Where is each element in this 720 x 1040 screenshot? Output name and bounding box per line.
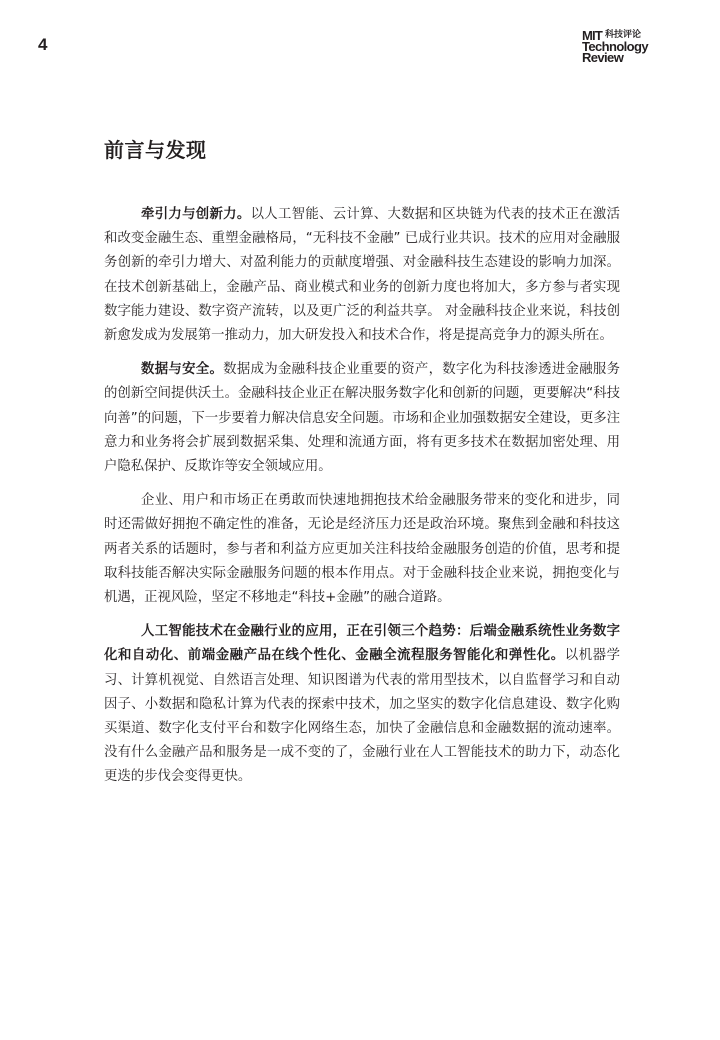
paragraph-body: 以人工智能、云计算、大数据和区块链为代表的技术正在激活和改变金融生态、重塑金融格… <box>104 207 620 343</box>
mit-technology-review-logo: MIT 科技评论 Technology Review <box>582 30 648 63</box>
paragraph-traction-innovation: 牵引力与创新力。以人工智能、云计算、大数据和区块链为代表的技术正在激活和改变金融… <box>104 203 620 348</box>
paragraph-lead: 数据与安全。 <box>141 362 223 377</box>
paragraph-embrace-change: 企业、用户和市场正在勇敢而快速地拥抱技术给金融服务带来的变化和进步，同时还需做好… <box>104 489 620 610</box>
section-title: 前言与发现 <box>104 134 207 163</box>
paragraph-lead: 人工智能技术在金融行业的应用，正在引领三个趋势：后端金融系统性业务数字化和自动化… <box>104 624 620 663</box>
paragraph-ai-trends: 人工智能技术在金融行业的应用，正在引领三个趋势：后端金融系统性业务数字化和自动化… <box>104 620 620 789</box>
paragraph-body: 以机器学习、计算机视觉、自然语言处理、知识图谱为代表的常用型技术，以自监督学习和… <box>104 648 620 784</box>
page-number: 4 <box>38 35 47 55</box>
body-text: 牵引力与创新力。以人工智能、云计算、大数据和区块链为代表的技术正在激活和改变金融… <box>104 203 620 800</box>
paragraph-body: 企业、用户和市场正在勇敢而快速地拥抱技术给金融服务带来的变化和进步，同时还需做好… <box>104 493 620 605</box>
paragraph-body: 数据成为金融科技企业重要的资产，数字化为科技渗透进金融服务的创新空间提供沃土。金… <box>104 362 620 474</box>
paragraph-data-security: 数据与安全。数据成为金融科技企业重要的资产，数字化为科技渗透进金融服务的创新空间… <box>104 358 620 479</box>
paragraph-lead: 牵引力与创新力。 <box>141 207 251 222</box>
